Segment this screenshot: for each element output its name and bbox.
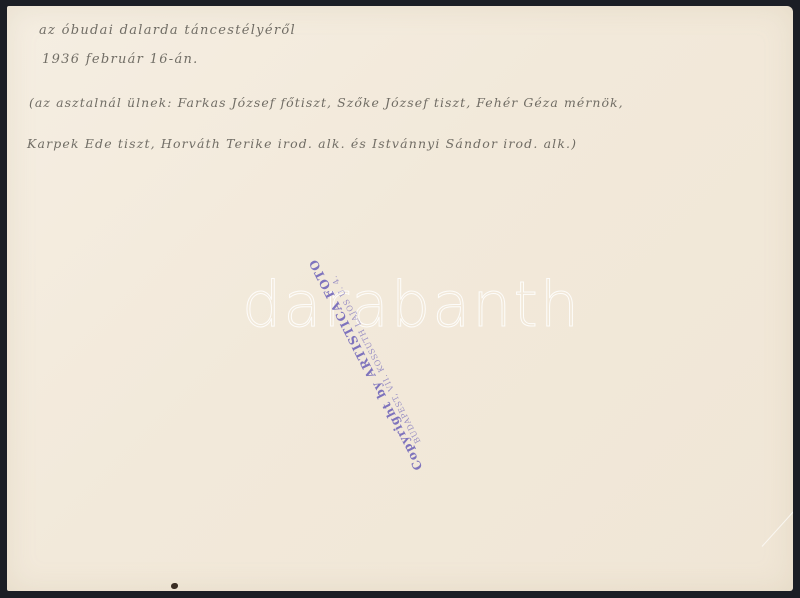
caption-people-line1: (az asztalnál ülnek: Farkas József főtis… bbox=[29, 95, 624, 110]
corner-crease bbox=[762, 502, 793, 547]
photo-back-paper: az óbudai dalarda táncestélyéről 1936 fe… bbox=[7, 6, 793, 591]
caption-title: az óbudai dalarda táncestélyéről bbox=[39, 23, 296, 38]
watermark: darabanth bbox=[242, 268, 581, 341]
ink-spot bbox=[171, 583, 178, 589]
caption-date: 1936 február 16-án. bbox=[42, 52, 199, 67]
caption-people-line2: Karpek Ede tiszt, Horváth Terike irod. a… bbox=[27, 136, 577, 151]
